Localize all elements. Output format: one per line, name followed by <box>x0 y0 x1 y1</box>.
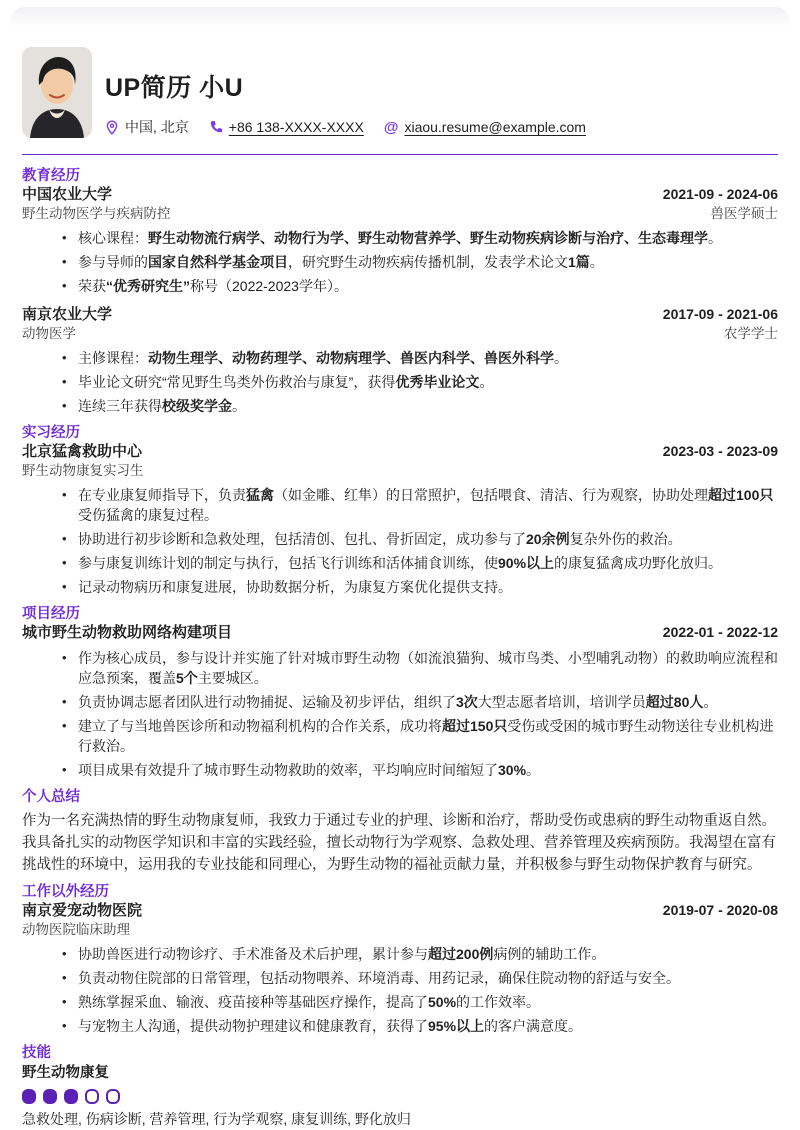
text-run: 主要城区。 <box>198 670 268 686</box>
bullet-item: 负责动物住院部的日常管理，包括动物喂养、环境消毒、用药记录，确保住院动物的舒适与… <box>60 968 778 988</box>
text-run: 称号（2022-2023学年）。 <box>190 278 348 294</box>
highlight-text: “优秀研究生” <box>106 278 190 294</box>
text-run: 大型志愿者培训，培训学员 <box>478 694 646 710</box>
bullet-item: 熟练掌握采血、输液、疫苗接种等基础医疗操作，提高了50%的工作效率。 <box>60 992 778 1012</box>
skill-dot-filled <box>64 1089 78 1104</box>
at-icon: @ <box>384 120 399 135</box>
section-internship: 实习经历北京猛禽救助中心2023-03 - 2023-09野生动物康复实习生在专… <box>22 425 778 597</box>
email-link[interactable]: xiaou.resume@example.com <box>404 119 586 135</box>
bullet-item: 记录动物病历和康复进展，协助数据分析，为康复方案优化提供支持。 <box>60 577 778 597</box>
skill-level-dots <box>22 1089 778 1104</box>
avatar-illustration <box>22 47 92 138</box>
bullet-item: 参与康复训练计划的制定与执行，包括飞行训练和活体捕食训练，使90%以上的康复猛禽… <box>60 553 778 573</box>
bullet-item: 毕业论文研究“常见野生鸟类外伤救治与康复”，获得优秀毕业论文。 <box>60 372 778 392</box>
skill-tags: 急救处理, 伤病诊断, 营养管理, 行为学观察, 康复训练, 野化放归 <box>22 1109 778 1129</box>
text-run: 参与康复训练计划的制定与执行，包括飞行训练和活体捕食训练，使 <box>78 555 498 571</box>
contact-location: 中国, 北京 <box>105 117 189 137</box>
contact-row: 中国, 北京 +86 138-XXXX-XXXX @ xiaou.resume@… <box>105 117 778 137</box>
highlight-text: 超过80人 <box>646 694 704 710</box>
text-run: 负责协调志愿者团队进行动物捕捉、运输及初步评估，组织了 <box>78 694 456 710</box>
highlight-text: 50% <box>428 994 456 1010</box>
entry-degree: 农学学士 <box>724 325 778 342</box>
section-title: 工作以外经历 <box>22 884 778 901</box>
bullet-list: 作为核心成员，参与设计并实施了针对城市野生动物（如流浪猫狗、城市鸟类、小型哺乳动… <box>22 648 778 780</box>
text-run: 。 <box>526 762 540 778</box>
section-title: 技能 <box>22 1045 778 1062</box>
bullet-item: 作为核心成员，参与设计并实施了针对城市野生动物（如流浪猫狗、城市鸟类、小型哺乳动… <box>60 648 778 688</box>
text-run: 熟练掌握采血、输液、疫苗接种等基础医疗操作，提高了 <box>78 994 428 1010</box>
bullet-item: 与宠物主人沟通，提供动物护理建议和健康教育，获得了95%以上的客户满意度。 <box>60 1016 778 1036</box>
location-text: 中国, 北京 <box>125 117 189 137</box>
highlight-text: 95%以上 <box>428 1018 484 1034</box>
text-run: 记录动物病历和康复进展，协助数据分析，为康复方案优化提供支持。 <box>78 579 512 595</box>
highlight-text: 1篇 <box>568 254 590 270</box>
page-title: UP简历 小U <box>105 68 778 104</box>
highlight-text: 猛禽 <box>246 487 274 503</box>
text-run: 的康复猛禽成功野化放归。 <box>554 555 722 571</box>
section-skills: 技能野生动物康复急救处理, 伤病诊断, 营养管理, 行为学观察, 康复训练, 野… <box>22 1045 778 1129</box>
resume-page: UP简历 小U 中国, 北京 +86 138-XXXX-XXXX @ xia <box>0 0 800 1130</box>
bullet-list: 主修课程：动物生理学、动物药理学、动物病理学、兽医内科学、兽医外科学。毕业论文研… <box>22 348 778 416</box>
header-divider <box>22 154 778 155</box>
bullet-list: 核心课程：野生动物流行病学、动物行为学、野生动物营养学、野生动物疾病诊断与治疗、… <box>22 228 778 296</box>
bullet-item: 核心课程：野生动物流行病学、动物行为学、野生动物营养学、野生动物疾病诊断与治疗、… <box>60 228 778 248</box>
section-extra-experience: 工作以外经历南京爱宠动物医院2019-07 - 2020-08动物医院临床助理协… <box>22 884 778 1036</box>
section-summary: 个人总结作为一名充满热情的野生动物康复师，我致力于通过专业的护理、诊断和治疗，帮… <box>22 789 778 876</box>
text-run: （如金雕、红隼）的日常照护，包括喂食、清洁、行为观察，协助处理 <box>274 487 708 503</box>
highlight-text: 超过200例 <box>428 946 493 962</box>
entry-subtitle-row: 动物医院临床助理 <box>22 921 778 938</box>
bullet-item: 协助进行初步诊断和急救处理，包括清创、包扎、骨折固定，成功参与了20余例复杂外伤… <box>60 529 778 549</box>
highlight-text: 90%以上 <box>498 555 554 571</box>
text-run: 参与导师的 <box>78 254 148 270</box>
text-run: 。 <box>590 254 604 270</box>
contact-phone: +86 138-XXXX-XXXX <box>209 119 364 135</box>
header-text-block: UP简历 小U 中国, 北京 +86 138-XXXX-XXXX @ xia <box>105 47 778 138</box>
entry-header-row: 城市野生动物救助网络构建项目2022-01 - 2022-12 <box>22 623 778 642</box>
bullet-list: 在专业康复师指导下，负责猛禽（如金雕、红隼）的日常照护，包括喂食、清洁、行为观察… <box>22 485 778 597</box>
bullet-item: 建立了与当地兽医诊所和动物福利机构的合作关系，成功将超过150只受伤或受困的城市… <box>60 716 778 756</box>
entry-org: 南京爱宠动物医院 <box>22 902 142 920</box>
resume-body: 教育经历中国农业大学2021-09 - 2024-06野生动物医学与疾病防控兽医… <box>0 168 800 1129</box>
bullet-item: 参与导师的国家自然科学基金项目，研究野生动物疾病传播机制，发表学术论文1篇。 <box>60 252 778 272</box>
entry-subtitle-row: 野生动物康复实习生 <box>22 462 778 479</box>
text-run: 。 <box>479 374 493 390</box>
entry-subtitle-row: 动物医学农学学士 <box>22 325 778 342</box>
entry-role: 动物医学 <box>22 325 76 342</box>
phone-link[interactable]: +86 138-XXXX-XXXX <box>229 119 364 135</box>
entry-org: 城市野生动物救助网络构建项目 <box>22 624 232 642</box>
text-run: 协助兽医进行动物诊疗、手术准备及术后护理，累计参与 <box>78 946 428 962</box>
location-pin-icon <box>105 120 119 135</box>
entry-role: 野生动物医学与疾病防控 <box>22 205 171 222</box>
entry-date: 2021-09 - 2024-06 <box>663 185 778 203</box>
text-run: 建立了与当地兽医诊所和动物福利机构的合作关系，成功将 <box>78 718 442 734</box>
text-run: 主修课程： <box>78 350 148 366</box>
phone-icon <box>209 120 223 134</box>
text-run: 荣获 <box>78 278 106 294</box>
resume-header: UP简历 小U 中国, 北京 +86 138-XXXX-XXXX @ xia <box>0 0 800 138</box>
bullet-item: 在专业康复师指导下，负责猛禽（如金雕、红隼）的日常照护，包括喂食、清洁、行为观察… <box>60 485 778 525</box>
section-title: 项目经历 <box>22 606 778 623</box>
bullet-item: 协助兽医进行动物诊疗、手术准备及术后护理，累计参与超过200例病例的辅助工作。 <box>60 944 778 964</box>
bullet-item: 项目成果有效提升了城市野生动物救助的效率，平均响应时间缩短了30%。 <box>60 760 778 780</box>
entry-role: 野生动物康复实习生 <box>22 462 144 479</box>
text-run: 负责动物住院部的日常管理，包括动物喂养、环境消毒、用药记录，确保住院动物的舒适与… <box>78 970 680 986</box>
entry-header-row: 中国农业大学2021-09 - 2024-06 <box>22 185 778 204</box>
text-run: 毕业论文研究“常见野生鸟类外伤救治与康复”，获得 <box>78 374 395 390</box>
bullet-item: 负责协调志愿者团队进行动物捕捉、运输及初步评估，组织了3次大型志愿者培训，培训学… <box>60 692 778 712</box>
entry-org: 南京农业大学 <box>22 306 112 324</box>
section-title: 实习经历 <box>22 425 778 442</box>
entry-date: 2017-09 - 2021-06 <box>663 305 778 323</box>
text-run: 受伤猛禽的康复过程。 <box>78 507 218 523</box>
bullet-list: 协助兽医进行动物诊疗、手术准备及术后护理，累计参与超过200例病例的辅助工作。负… <box>22 944 778 1036</box>
skill-name: 野生动物康复 <box>22 1064 778 1082</box>
highlight-text: 野生动物流行病学、动物行为学、野生动物营养学、野生动物疾病诊断与治疗、生态毒理学 <box>148 230 708 246</box>
text-run: 。 <box>232 398 246 414</box>
text-run: 协助进行初步诊断和急救处理，包括清创、包扎、骨折固定，成功参与了 <box>78 531 526 547</box>
highlight-text: 优秀毕业论文 <box>395 374 479 390</box>
text-run: 。 <box>703 694 717 710</box>
highlight-text: 3次 <box>456 694 478 710</box>
text-run: 。 <box>554 350 568 366</box>
highlight-text: 30% <box>498 762 526 778</box>
entry-subtitle-row: 野生动物医学与疾病防控兽医学硕士 <box>22 205 778 222</box>
section-projects: 项目经历城市野生动物救助网络构建项目2022-01 - 2022-12作为核心成… <box>22 606 778 780</box>
entry-role: 动物医院临床助理 <box>22 921 130 938</box>
entry-org: 北京猛禽救助中心 <box>22 443 142 461</box>
entry-degree: 兽医学硕士 <box>711 205 779 222</box>
skill-dot-empty <box>85 1089 99 1104</box>
text-run: 复杂外伤的救治。 <box>570 531 682 547</box>
skill-dot-filled <box>22 1089 36 1104</box>
entry-header-row: 北京猛禽救助中心2023-03 - 2023-09 <box>22 442 778 461</box>
bullet-item: 连续三年获得校级奖学金。 <box>60 396 778 416</box>
entry-header-row: 南京爱宠动物医院2019-07 - 2020-08 <box>22 901 778 920</box>
text-run: ，研究野生动物疾病传播机制，发表学术论文 <box>288 254 568 270</box>
entry-header-row: 南京农业大学2017-09 - 2021-06 <box>22 305 778 324</box>
bullet-item: 荣获“优秀研究生”称号（2022-2023学年）。 <box>60 276 778 296</box>
highlight-text: 国家自然科学基金项目 <box>148 254 288 270</box>
text-run: 核心课程： <box>78 230 148 246</box>
text-run: 项目成果有效提升了城市野生动物救助的效率，平均响应时间缩短了 <box>78 762 498 778</box>
contact-email: @ xiaou.resume@example.com <box>384 119 586 135</box>
highlight-text: 超过100只 <box>708 487 773 503</box>
text-run: 的工作效率。 <box>456 994 540 1010</box>
text-run: 在专业康复师指导下，负责 <box>78 487 246 503</box>
skill-dot-empty <box>106 1089 120 1104</box>
bullet-item: 主修课程：动物生理学、动物药理学、动物病理学、兽医内科学、兽医外科学。 <box>60 348 778 368</box>
entry-date: 2019-07 - 2020-08 <box>663 901 778 919</box>
section-title: 教育经历 <box>22 168 778 185</box>
text-run: 。 <box>708 230 722 246</box>
skill-dot-filled <box>43 1089 57 1104</box>
text-run: 的客户满意度。 <box>484 1018 582 1034</box>
text-run: 连续三年获得 <box>78 398 162 414</box>
highlight-text: 超过150只 <box>442 718 507 734</box>
text-run: 与宠物主人沟通，提供动物护理建议和健康教育，获得了 <box>78 1018 428 1034</box>
entry-date: 2023-03 - 2023-09 <box>663 442 778 460</box>
text-run: 病例的辅助工作。 <box>493 946 605 962</box>
highlight-text: 5个 <box>176 670 198 686</box>
section-title: 个人总结 <box>22 789 778 806</box>
entry-date: 2022-01 - 2022-12 <box>663 623 778 641</box>
summary-paragraph: 作为一名充满热情的野生动物康复师，我致力于通过专业的护理、诊断和治疗，帮助受伤或… <box>22 810 778 876</box>
entry-org: 中国农业大学 <box>22 186 112 204</box>
highlight-text: 校级奖学金 <box>162 398 232 414</box>
section-education: 教育经历中国农业大学2021-09 - 2024-06野生动物医学与疾病防控兽医… <box>22 168 778 416</box>
highlight-text: 20余例 <box>526 531 570 547</box>
avatar-photo <box>22 47 92 138</box>
highlight-text: 动物生理学、动物药理学、动物病理学、兽医内科学、兽医外科学 <box>148 350 554 366</box>
